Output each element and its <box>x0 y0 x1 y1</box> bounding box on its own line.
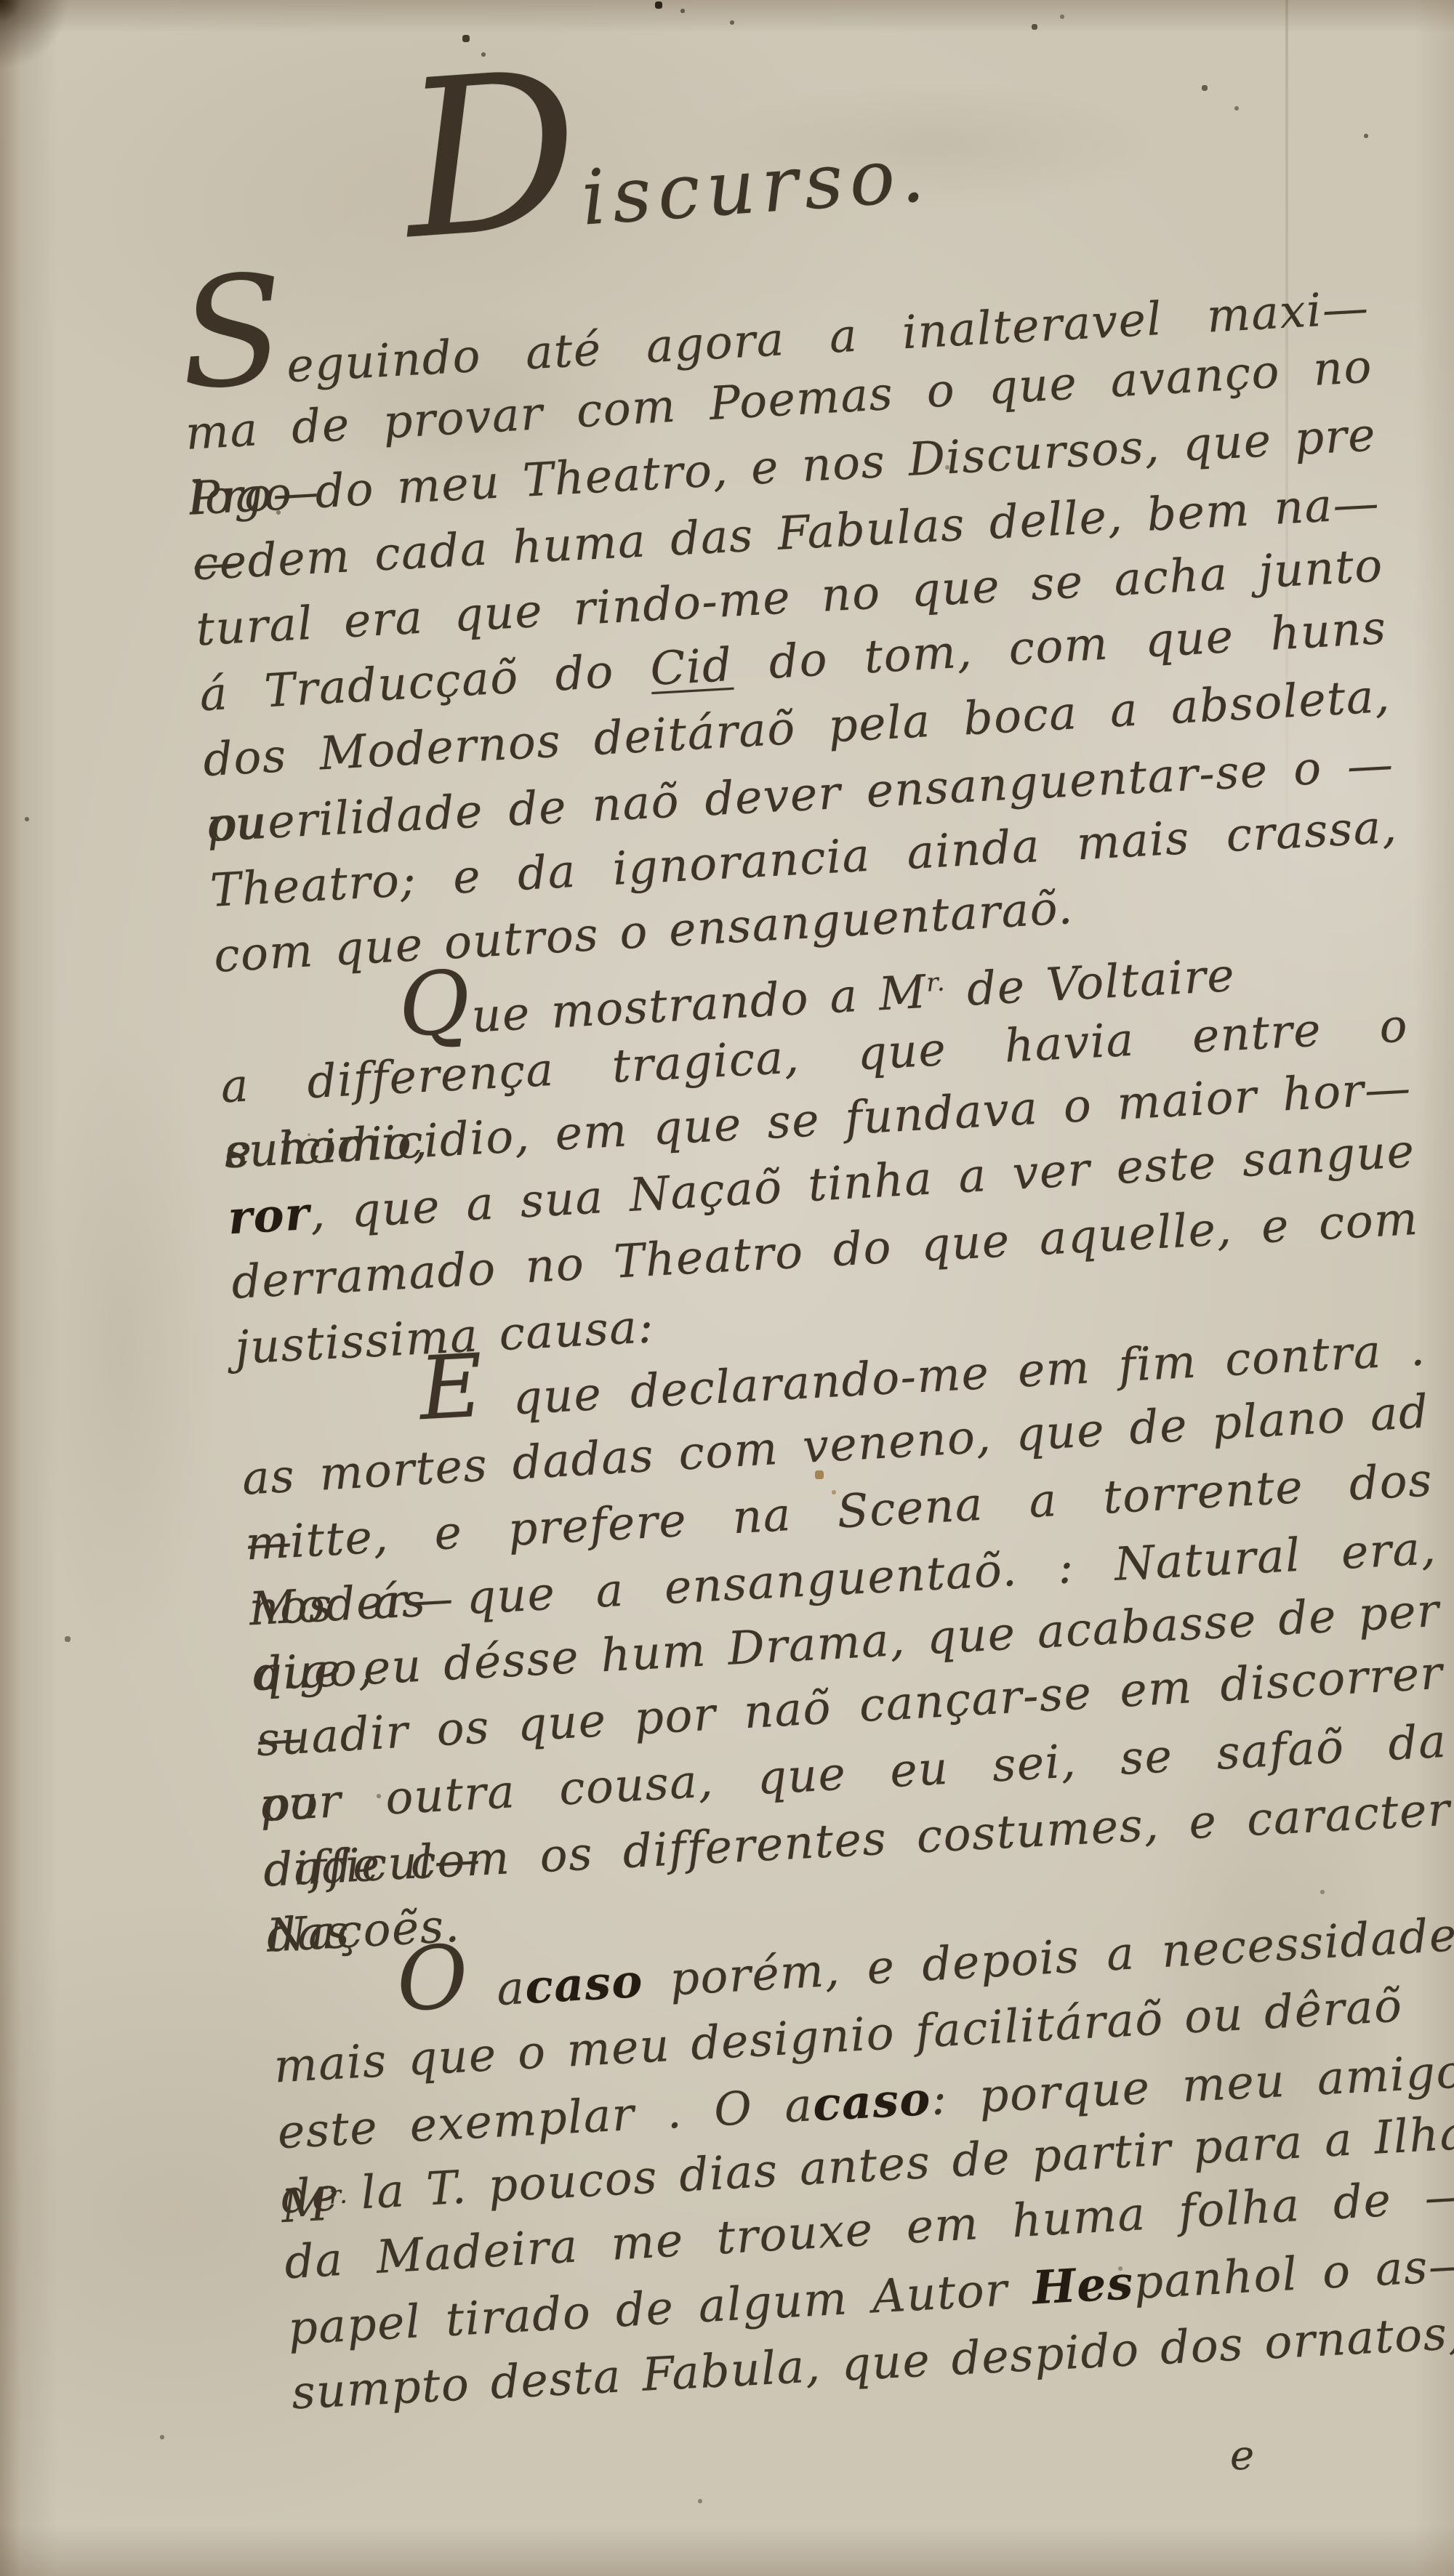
ink-corrected-word: caso <box>523 1954 645 2014</box>
superscript-abbreviation: r. <box>328 2180 349 2210</box>
page-title: Discurso. <box>396 0 936 288</box>
superscript-abbreviation: r. <box>925 967 947 997</box>
underlined-word: Cid <box>648 638 734 696</box>
ink-corrected-word: caso <box>811 2072 932 2131</box>
manuscript-body: Seguindo até agora a inalteravel maxi— m… <box>180 272 1454 2426</box>
title-initial: D <box>396 24 587 288</box>
ink-corrected-word: ror <box>227 1186 312 1244</box>
ink-corrected-word: Hes <box>1031 2255 1135 2314</box>
catchword: e <box>1230 2432 1254 2479</box>
age-spots <box>0 0 1 1</box>
ink-bleedthrough <box>29 1018 218 1672</box>
title-rest: iscurso. <box>579 129 933 242</box>
line-text-segment: panhol o as— <box>1133 2238 1454 2309</box>
manuscript-page: Discurso. Seguindo até agora a inalterav… <box>0 0 1454 2576</box>
line-text-segment: O a <box>396 1961 527 2021</box>
